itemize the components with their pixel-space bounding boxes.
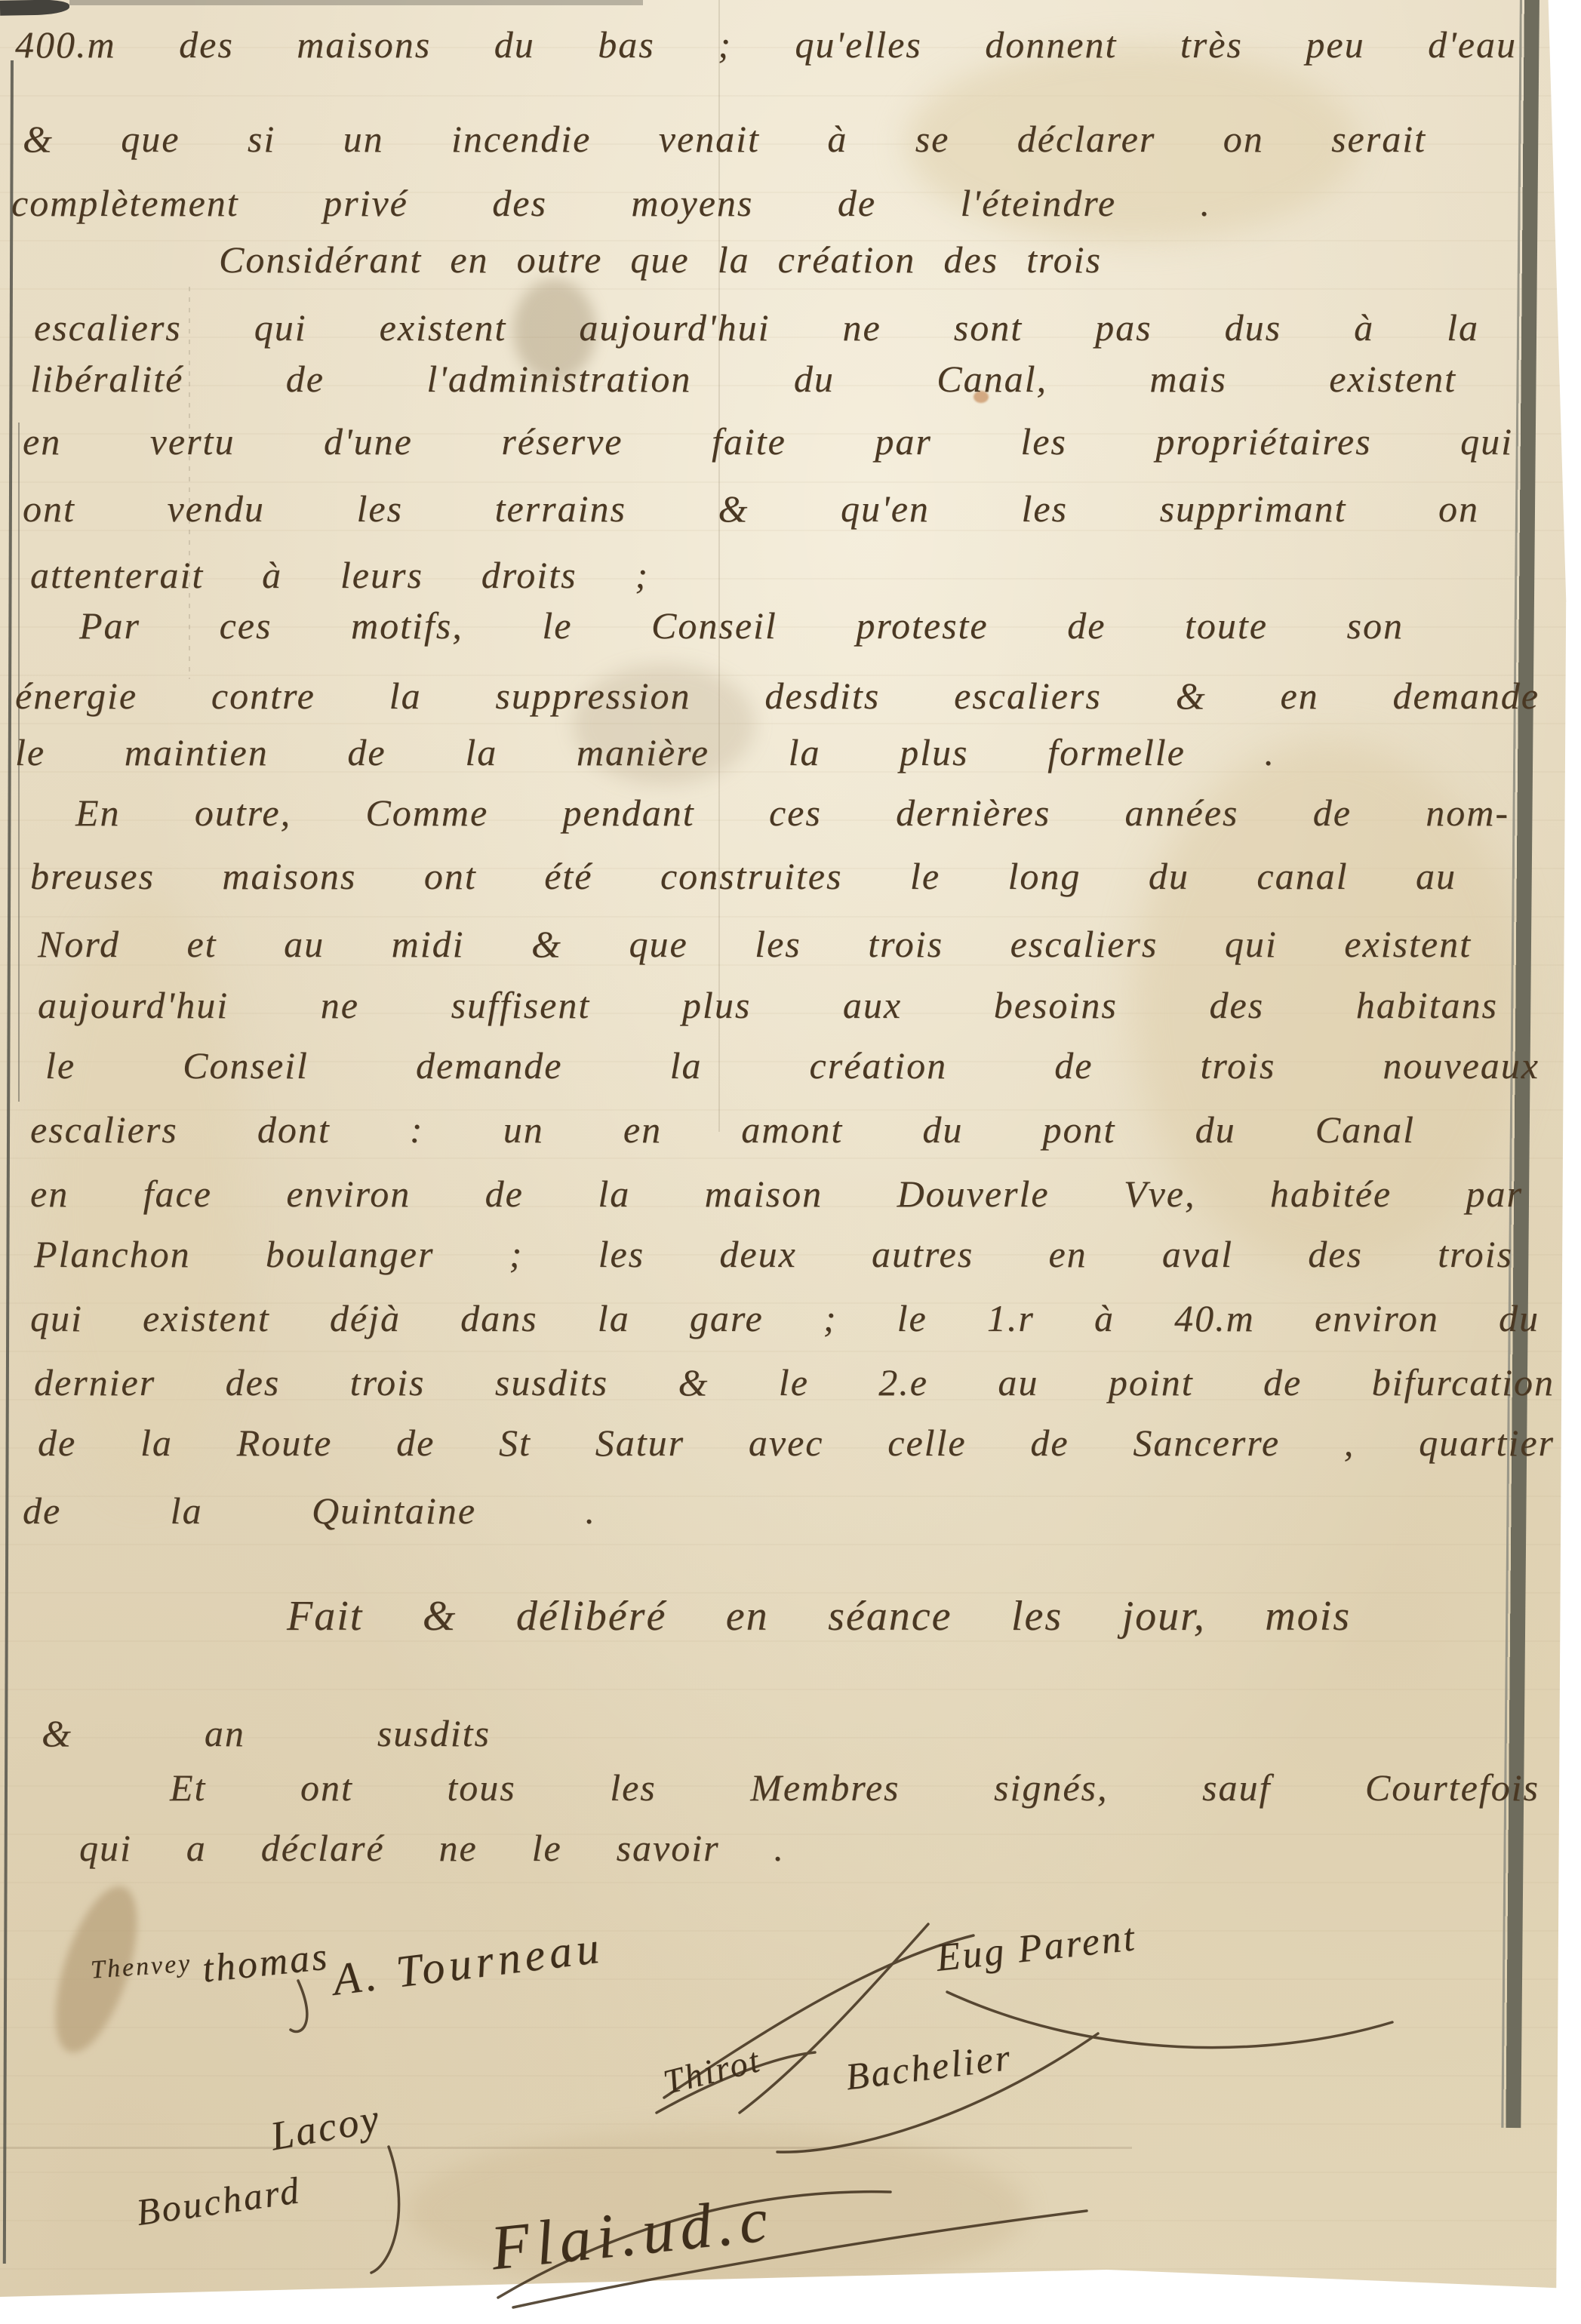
- manuscript-line: en face environ de la maison Douverle Vv…: [30, 1172, 1523, 1216]
- manuscript-line: qui a déclaré ne le savoir .: [79, 1826, 785, 1870]
- manuscript-line: ont vendu les terrains & qu'en les suppr…: [23, 487, 1479, 530]
- manuscript-line: attenterait à leurs droits ;: [30, 553, 649, 597]
- manuscript-line: énergie contre la suppression desdits es…: [15, 674, 1539, 718]
- manuscript-line: & an susdits: [42, 1711, 491, 1755]
- manuscript-line: en vertu d'une réserve faite par les pro…: [23, 420, 1513, 463]
- manuscript-line: breuses maisons ont été construites le l…: [30, 854, 1456, 898]
- manuscript-line: complètement privé des moyens de l'étein…: [11, 181, 1211, 225]
- manuscript-line: 400.m des maisons du bas ; qu'elles donn…: [15, 23, 1517, 66]
- manuscript-line: Par ces motifs, le Conseil proteste de t…: [79, 604, 1404, 647]
- manuscript-line: le Conseil demande la création de trois …: [45, 1044, 1539, 1087]
- manuscript-line: Planchon boulanger ; les deux autres en …: [34, 1232, 1513, 1276]
- manuscript-line: libéralité de l'administration du Canal,…: [30, 357, 1456, 401]
- manuscript-line: de la Quintaine .: [23, 1489, 596, 1532]
- manuscript-line: le maintien de la manière la plus formel…: [15, 730, 1275, 774]
- manuscript-line: Considérant en outre que la création des…: [219, 238, 1102, 281]
- scan-edge-mark: [69, 0, 643, 5]
- fold-crease: [0, 2147, 1132, 2149]
- manuscript-line: & que si un incendie venait à se déclare…: [23, 117, 1426, 161]
- manuscript-line: escaliers qui existent aujourd'hui ne so…: [34, 306, 1479, 349]
- manuscript-line: qui existent déjà dans la gare ; le 1.r …: [30, 1296, 1539, 1340]
- scanned-manuscript-page: 400.m des maisons du bas ; qu'elles donn…: [0, 0, 1581, 2324]
- manuscript-line: escaliers dont : un en amont du pont du …: [30, 1108, 1415, 1151]
- manuscript-line: dernier des trois susdits & le 2.e au po…: [34, 1360, 1555, 1404]
- manuscript-line: En outre, Comme pendant ces dernières an…: [75, 791, 1509, 835]
- manuscript-line: de la Route de St Satur avec celle de Sa…: [38, 1421, 1555, 1465]
- manuscript-line: Fait & délibéré en séance les jour, mois: [287, 1592, 1351, 1640]
- manuscript-line: Nord et au midi & que les trois escalier…: [38, 922, 1472, 966]
- manuscript-line: aujourd'hui ne suffisent plus aux besoin…: [38, 983, 1498, 1027]
- manuscript-line: Et ont tous les Membres signés, sauf Cou…: [170, 1766, 1539, 1809]
